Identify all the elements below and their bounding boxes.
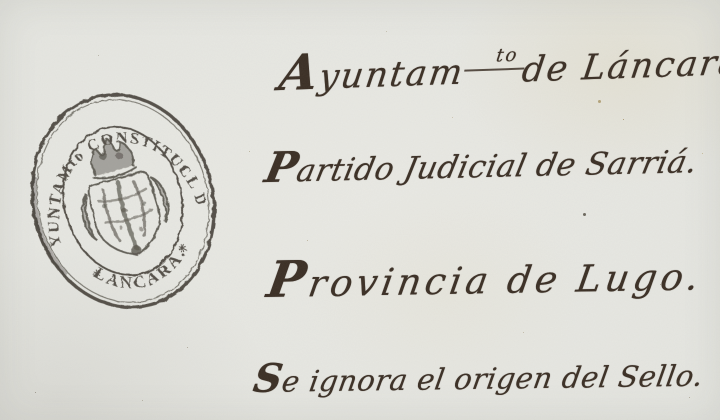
line1-superscript-to: to [464,44,528,71]
municipal-seal-stamp: AYUNTAMto CONSTITUCL DE LANCARA. ✳ ✳ [6,82,240,320]
right-scroll [151,175,173,223]
handwritten-line-ayuntamiento: Ayuntamtode Láncara. [276,27,720,102]
left-scroll [77,195,99,243]
line1-de-lancara: de Láncara. [519,42,720,90]
line1-word-ayuntam: Ayuntam [276,37,469,102]
document-page: AYUNTAMto CONSTITUCL DE LANCARA. ✳ ✳ [0,0,720,420]
handwritten-line-partido-judicial: Partido Judicial de Sarriá. [261,133,703,192]
handwritten-line-origen-sello: Se ignora el origen del Sello. [250,350,707,402]
handwritten-line-provincia: Provincia de Lugo. [263,242,708,309]
paper-specks [0,0,3,3]
